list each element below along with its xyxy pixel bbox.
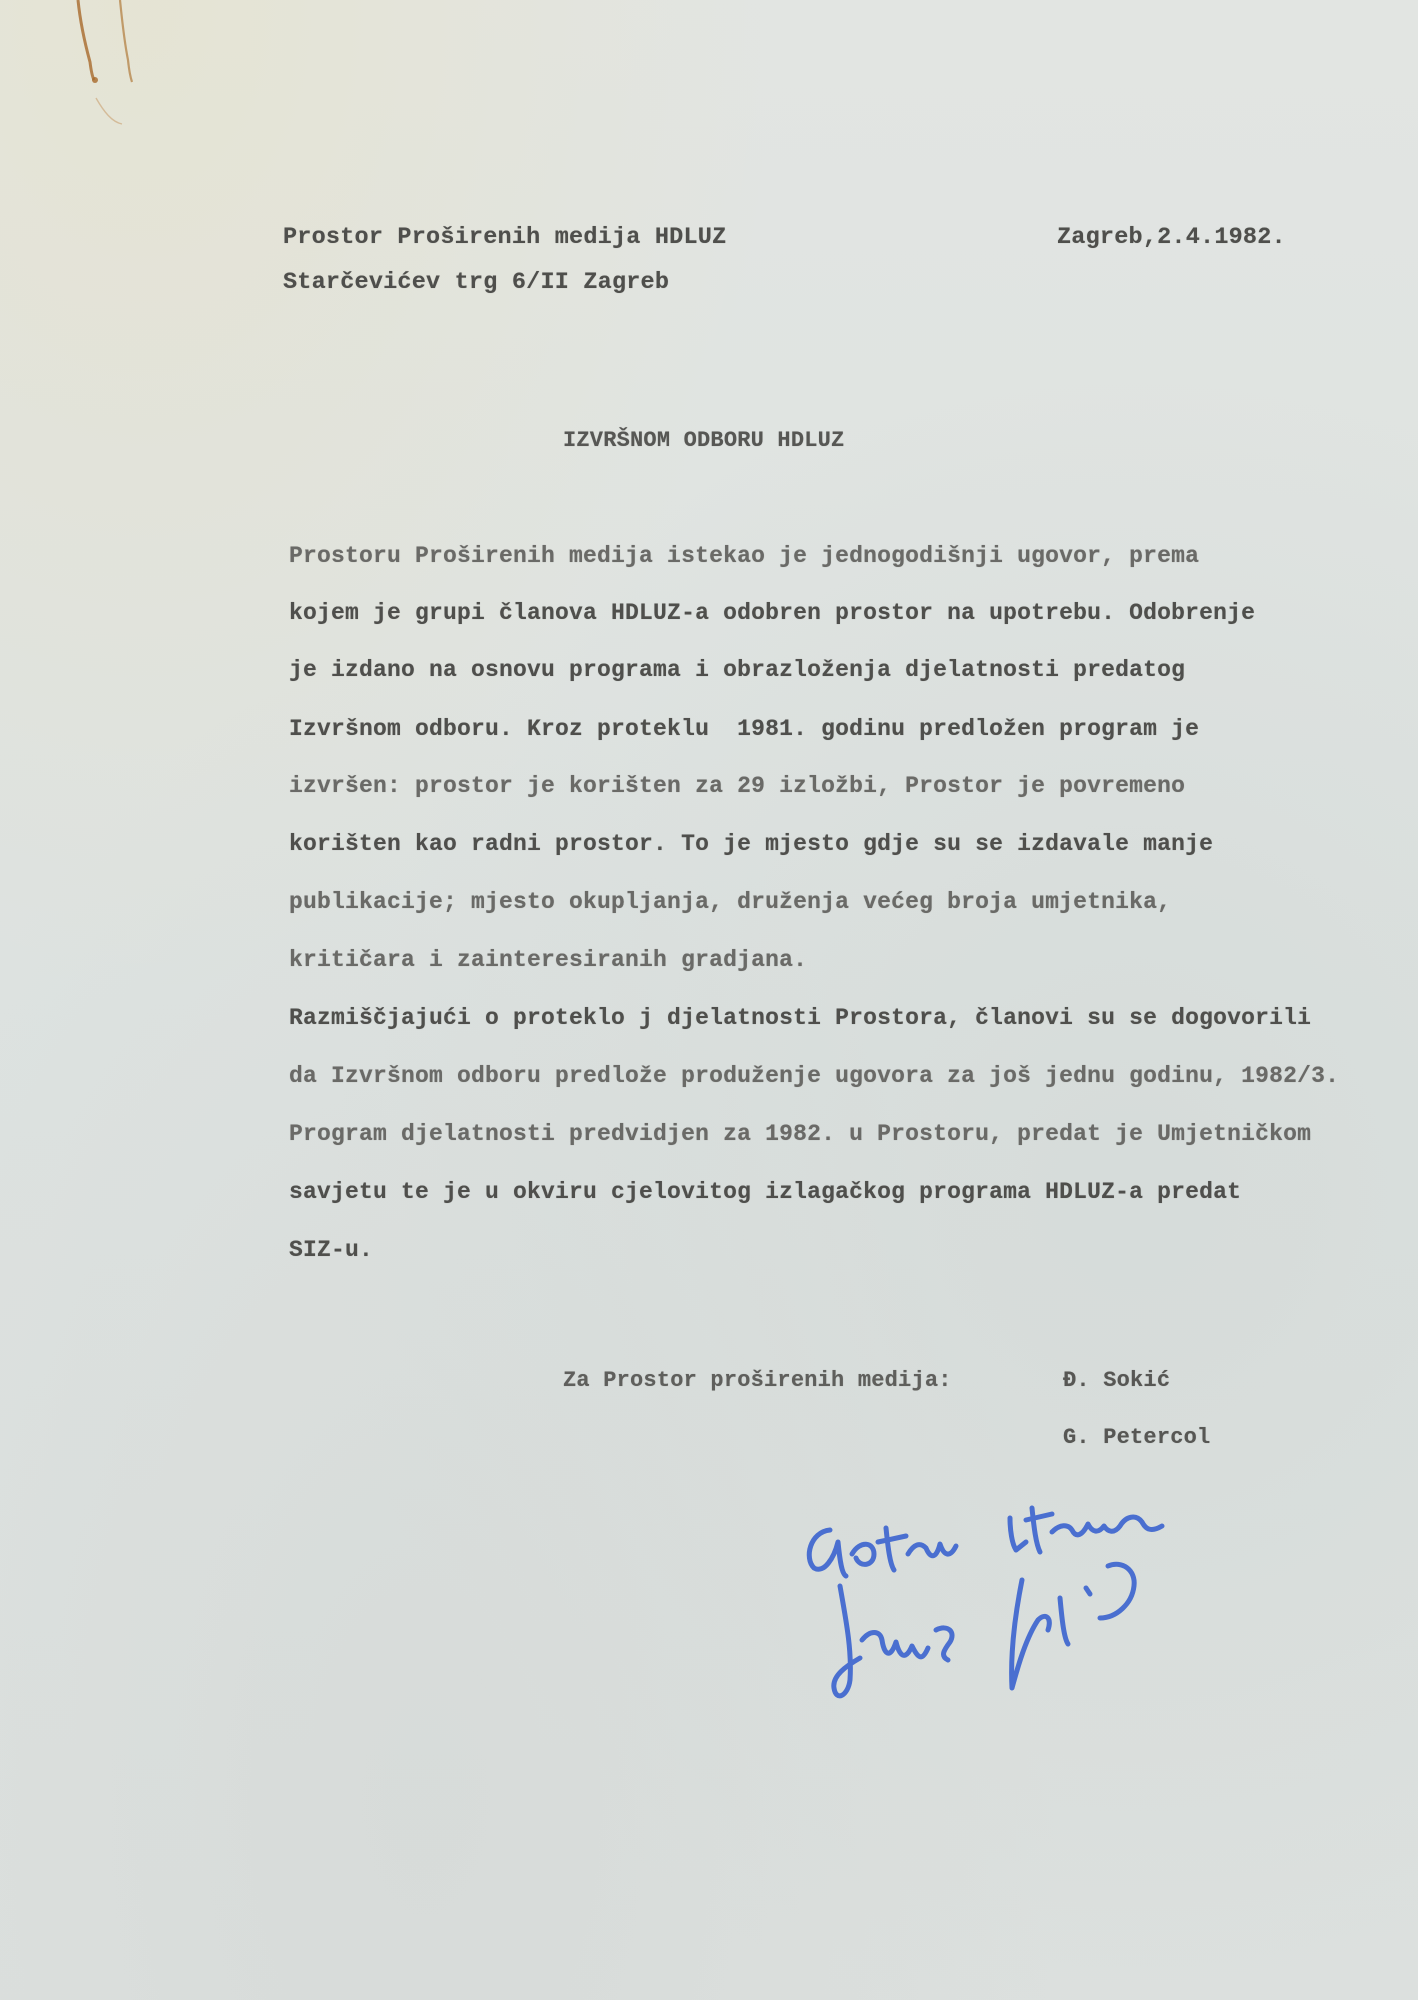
signatory-name-2: G. Petercol <box>1063 1425 1210 1450</box>
body-line: kojem je grupi članova HDLUZ-a odobren p… <box>289 600 1255 626</box>
body-line: savjetu te je u okviru cjelovitog izlaga… <box>289 1179 1241 1205</box>
body-line: je izdano na osnovu programa i obrazlože… <box>289 657 1185 683</box>
body-line: korišten kao radni prostor. To je mjesto… <box>289 831 1213 857</box>
handwritten-signatures <box>790 1470 1350 1730</box>
recipient-heading: IZVRŠNOM ODBORU HDLUZ <box>563 428 844 453</box>
body-line: izvršen: prostor je korišten za 29 izlož… <box>289 773 1185 799</box>
body-line: Izvršnom odboru. Kroz proteklu 1981. god… <box>289 716 1199 742</box>
body-line: kritičara i zainteresiranih gradjana. <box>289 947 807 973</box>
body-line: Prostoru Proširenih medija istekao je je… <box>289 543 1199 569</box>
body-line: da Izvršnom odboru predlože produženje u… <box>289 1063 1339 1089</box>
sender-address: Starčevićev trg 6/II Zagreb <box>283 269 669 296</box>
sender-name: Prostor Proširenih medija HDLUZ <box>283 224 726 251</box>
rust-stain-marks <box>70 0 140 130</box>
signatory-name-1: Đ. Sokić <box>1063 1368 1170 1393</box>
document-date: Zagreb,2.4.1982. <box>1057 224 1286 251</box>
signature-label: Za Prostor proširenih medija: <box>563 1368 952 1393</box>
body-line: publikacije; mjesto okupljanja, druženja… <box>289 889 1171 915</box>
body-line: SIZ-u. <box>289 1237 373 1263</box>
body-line: Razmiščjajući o proteklo j djelatnosti P… <box>289 1005 1311 1031</box>
body-line: Program djelatnosti predvidjen za 1982. … <box>289 1121 1311 1147</box>
